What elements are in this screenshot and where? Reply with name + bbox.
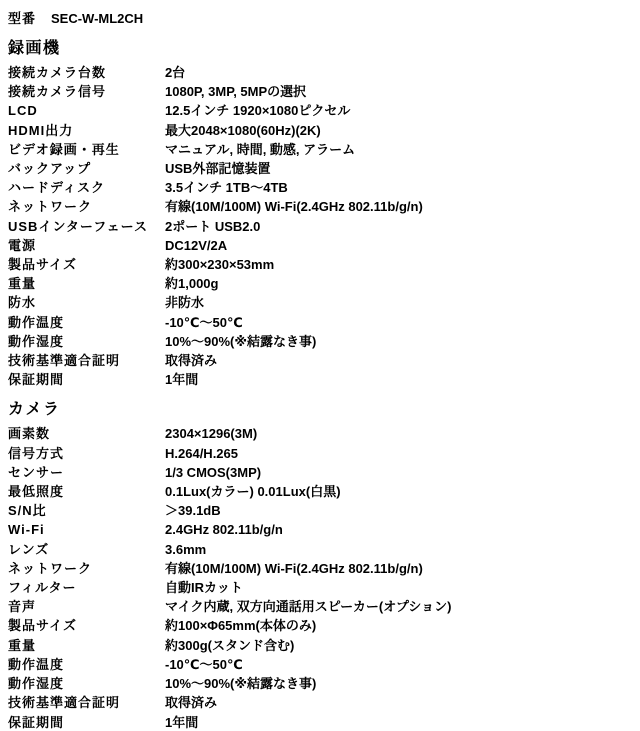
spec-value: 10%～90%(※結露なき事): [165, 332, 632, 351]
table-row: ネットワーク 有線(10M/100M) Wi-Fi(2.4GHz 802.11b…: [8, 559, 632, 578]
spec-label: 重量: [8, 636, 165, 655]
model-number-value: SEC-W-ML2CH: [51, 9, 632, 28]
spec-label: 動作湿度: [8, 332, 165, 351]
spec-value: DC12V/2A: [165, 236, 632, 255]
spec-label: 技術基準適合証明: [8, 351, 165, 370]
table-row: レンズ 3.6mm: [8, 540, 632, 559]
spec-label: 画素数: [8, 424, 165, 443]
spec-label: S/N比: [8, 501, 165, 520]
spec-label: 製品サイズ: [8, 616, 165, 635]
table-row: ビデオ録画・再生 マニュアル, 時間, 動感, アラーム: [8, 140, 632, 159]
camera-spec-table: 画素数 2304×1296(3M) 信号方式 H.264/H.265 センサー …: [8, 424, 632, 731]
spec-value: 1年間: [165, 713, 632, 731]
table-row: 動作温度 -10℃～50℃: [8, 655, 632, 674]
recorder-spec-table: 接続カメラ台数 2台 接続カメラ信号 1080P, 3MP, 5MPの選択 LC…: [8, 63, 632, 389]
table-row: 電源 DC12V/2A: [8, 236, 632, 255]
spec-label: USBインターフェース: [8, 217, 165, 236]
spec-value: 3.6mm: [165, 540, 632, 559]
table-row: ネットワーク 有線(10M/100M) Wi-Fi(2.4GHz 802.11b…: [8, 197, 632, 216]
table-row: USBインターフェース 2ポート USB2.0: [8, 217, 632, 236]
spec-label: 動作温度: [8, 313, 165, 332]
spec-label: 信号方式: [8, 444, 165, 463]
table-row: 接続カメラ台数 2台: [8, 63, 632, 82]
spec-value: 2ポート USB2.0: [165, 217, 632, 236]
spec-label: ビデオ録画・再生: [8, 140, 165, 159]
spec-label: 保証期間: [8, 713, 165, 731]
table-row: 重量 約300g(スタンド含む): [8, 636, 632, 655]
table-row: 動作温度 -10℃～50℃: [8, 313, 632, 332]
spec-label: 動作湿度: [8, 674, 165, 693]
section-title-camera: カメラ: [8, 400, 632, 420]
spec-value: 有線(10M/100M) Wi-Fi(2.4GHz 802.11b/g/n): [165, 197, 632, 216]
table-row: 保証期間 1年間: [8, 713, 632, 731]
spec-value: 2台: [165, 63, 632, 82]
spec-value: -10℃～50℃: [165, 655, 632, 674]
table-row: バックアップ USB外部記憶装置: [8, 159, 632, 178]
spec-label: 重量: [8, 274, 165, 293]
spec-label: ネットワーク: [8, 559, 165, 578]
table-row: LCD 12.5インチ 1920×1080ピクセル: [8, 101, 632, 120]
spec-value: 最大2048×1080(60Hz)(2K): [165, 121, 632, 140]
spec-label: 技術基準適合証明: [8, 693, 165, 712]
spec-value: 1年間: [165, 370, 632, 389]
spec-value: 有線(10M/100M) Wi-Fi(2.4GHz 802.11b/g/n): [165, 559, 632, 578]
spec-value: 取得済み: [165, 351, 632, 370]
spec-value: 10%～90%(※結露なき事): [165, 674, 632, 693]
spec-label: 製品サイズ: [8, 255, 165, 274]
spec-label: 防水: [8, 293, 165, 312]
spec-value: 12.5インチ 1920×1080ピクセル: [165, 101, 632, 120]
spec-value: 1/3 CMOS(3MP): [165, 463, 632, 482]
spec-label: 音声: [8, 597, 165, 616]
table-row: 製品サイズ 約300×230×53mm: [8, 255, 632, 274]
spec-value: H.264/H.265: [165, 444, 632, 463]
spec-value: 約300g(スタンド含む): [165, 636, 632, 655]
table-row: 動作湿度 10%～90%(※結露なき事): [8, 674, 632, 693]
spec-label: Wi-Fi: [8, 520, 165, 539]
spec-label: ネットワーク: [8, 197, 165, 216]
spec-value: 3.5インチ 1TB～4TB: [165, 178, 632, 197]
spec-value: -10℃～50℃: [165, 313, 632, 332]
spec-value: 取得済み: [165, 693, 632, 712]
table-row: 最低照度 0.1Lux(カラー) 0.01Lux(白黒): [8, 482, 632, 501]
model-number-label: 型番: [8, 9, 51, 28]
spec-label: HDMI出力: [8, 121, 165, 140]
spec-label: ハードディスク: [8, 178, 165, 197]
table-row: 重量 約1,000g: [8, 274, 632, 293]
table-row: 画素数 2304×1296(3M): [8, 424, 632, 443]
table-row: Wi-Fi 2.4GHz 802.11b/g/n: [8, 520, 632, 539]
spec-label: 最低照度: [8, 482, 165, 501]
spec-label: LCD: [8, 101, 165, 120]
spec-value: 0.1Lux(カラー) 0.01Lux(白黒): [165, 482, 632, 501]
spec-value: USB外部記憶装置: [165, 159, 632, 178]
table-row: フィルター 自動IRカット: [8, 578, 632, 597]
spec-value: 非防水: [165, 293, 632, 312]
spec-label: 接続カメラ信号: [8, 82, 165, 101]
table-row: 技術基準適合証明 取得済み: [8, 693, 632, 712]
spec-value: 約300×230×53mm: [165, 255, 632, 274]
spec-document: 型番 SEC-W-ML2CH 録画機 接続カメラ台数 2台 接続カメラ信号 10…: [0, 0, 640, 731]
spec-value: ＞39.1dB: [165, 501, 632, 520]
spec-label: フィルター: [8, 578, 165, 597]
table-row: 防水 非防水: [8, 293, 632, 312]
spec-value: 2304×1296(3M): [165, 424, 632, 443]
table-row: 製品サイズ 約100×Φ65mm(本体のみ): [8, 616, 632, 635]
table-row: 接続カメラ信号 1080P, 3MP, 5MPの選択: [8, 82, 632, 101]
spec-value: 自動IRカット: [165, 578, 632, 597]
spec-label: 接続カメラ台数: [8, 63, 165, 82]
model-number-row: 型番 SEC-W-ML2CH: [8, 9, 632, 28]
spec-label: センサー: [8, 463, 165, 482]
spec-value: 約100×Φ65mm(本体のみ): [165, 616, 632, 635]
table-row: 動作湿度 10%～90%(※結露なき事): [8, 332, 632, 351]
spec-label: 電源: [8, 236, 165, 255]
table-row: S/N比 ＞39.1dB: [8, 501, 632, 520]
spec-value: 2.4GHz 802.11b/g/n: [165, 520, 632, 539]
table-row: 音声 マイク内蔵, 双方向通話用スピーカー(オプション): [8, 597, 632, 616]
spec-value: 約1,000g: [165, 274, 632, 293]
section-title-recorder: 録画機: [8, 39, 632, 59]
table-row: 保証期間 1年間: [8, 370, 632, 389]
table-row: 技術基準適合証明 取得済み: [8, 351, 632, 370]
spec-label: バックアップ: [8, 159, 165, 178]
spec-label: 動作温度: [8, 655, 165, 674]
table-row: ハードディスク 3.5インチ 1TB～4TB: [8, 178, 632, 197]
table-row: 信号方式 H.264/H.265: [8, 444, 632, 463]
spec-value: マイク内蔵, 双方向通話用スピーカー(オプション): [165, 597, 632, 616]
spec-value: 1080P, 3MP, 5MPの選択: [165, 82, 632, 101]
spec-label: 保証期間: [8, 370, 165, 389]
table-row: センサー 1/3 CMOS(3MP): [8, 463, 632, 482]
spec-label: レンズ: [8, 540, 165, 559]
spec-value: マニュアル, 時間, 動感, アラーム: [165, 140, 632, 159]
table-row: HDMI出力 最大2048×1080(60Hz)(2K): [8, 121, 632, 140]
